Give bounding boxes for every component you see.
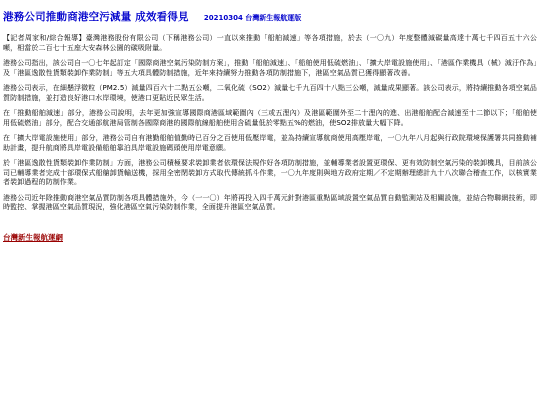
article-paragraph-7: 港務公司近年除推動商港空氣品質防制各項具體措施外，今（一一〇）年將再投入四千萬元…: [3, 194, 537, 213]
source-link-row: 台灣新生報航運網: [3, 225, 537, 244]
source-link[interactable]: 台灣新生報航運網: [3, 233, 63, 242]
article-paragraph-3: 港務公司表示，在細懸浮微粒（PM2.5）減量四百六十二點五公噸，二氧化硫（SO2…: [3, 84, 537, 103]
article-paragraph-5: 在「擴大岸電設施使用」部分，港務公司自有港勤船舶值勤時已百分之百使用低壓岸電，並…: [3, 134, 537, 153]
article-page: 港務公司推動商港空污減量 成效看得見 20210304 台灣新生報航運版 【記者…: [0, 0, 540, 405]
article-body: 【記者周家和/綜合報導】臺灣港務股份有限公司（下稱港務公司）一直以來推動「船舶減…: [3, 34, 537, 213]
article-dateline: 20210304 台灣新生報航運版: [204, 14, 301, 22]
article-paragraph-1: 【記者周家和/綜合報導】臺灣港務股份有限公司（下稱港務公司）一直以來推動「船舶減…: [3, 34, 537, 53]
article-headline: 港務公司推動商港空污減量 成效看得見 20210304 台灣新生報航運版: [3, 3, 537, 25]
article-title: 港務公司推動商港空污減量 成效看得見: [3, 11, 189, 23]
article-paragraph-2: 港務公司指出，該公司自一〇七年起訂定「國際商港空氣污染防制方案」，推動「船舶減速…: [3, 59, 537, 78]
article-paragraph-4: 在「推動船舶減速」部分，港務公司說明，去年更加強宣導國際商港區域範圍內（三或五浬…: [3, 109, 537, 128]
article-paragraph-6: 於「港區逸散性貨類裝卸作業防制」方面，港務公司積極要求裝卸業者依環保法規作好各項…: [3, 159, 537, 188]
